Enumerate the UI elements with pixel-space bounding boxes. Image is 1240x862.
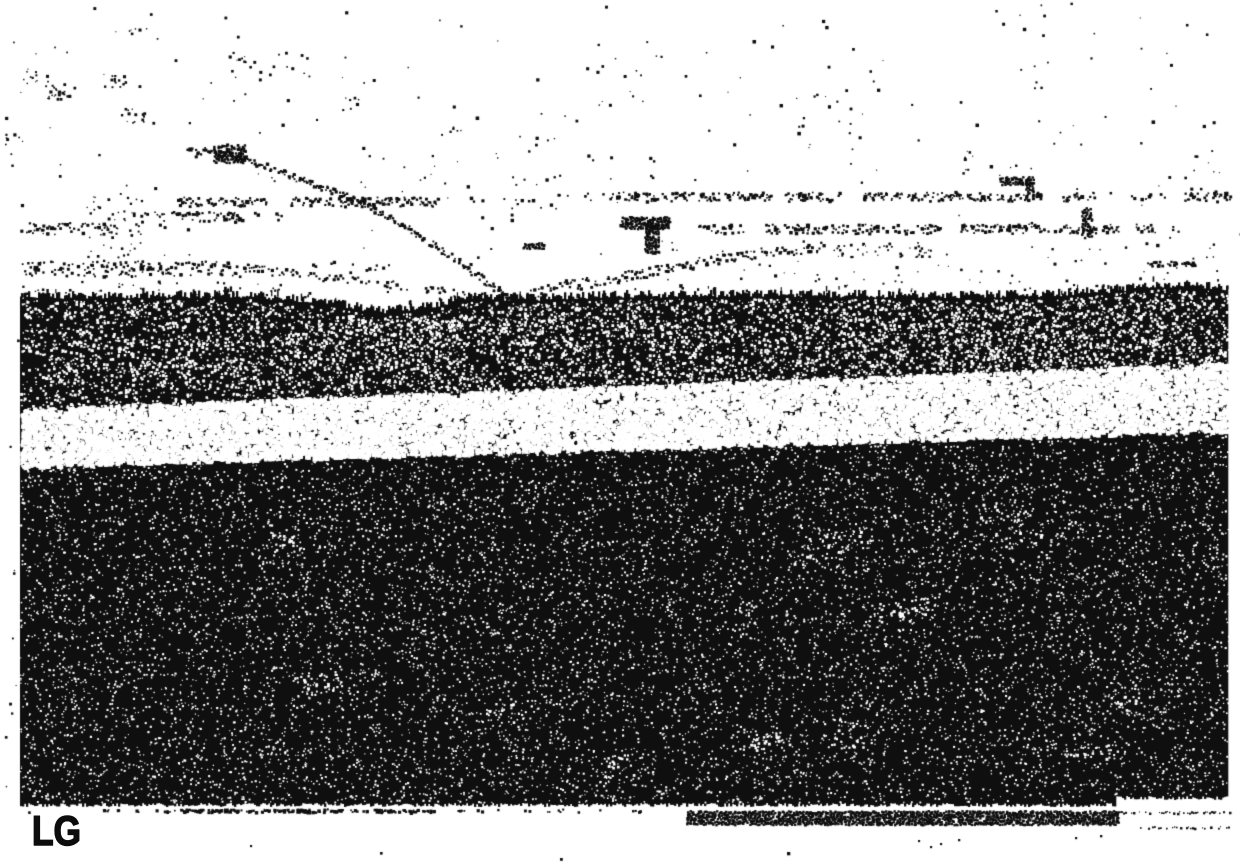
- figure-label: LG: [32, 810, 81, 852]
- scanned-photo-figure: LG: [0, 0, 1240, 862]
- halftone-photo-canvas: [0, 0, 1240, 862]
